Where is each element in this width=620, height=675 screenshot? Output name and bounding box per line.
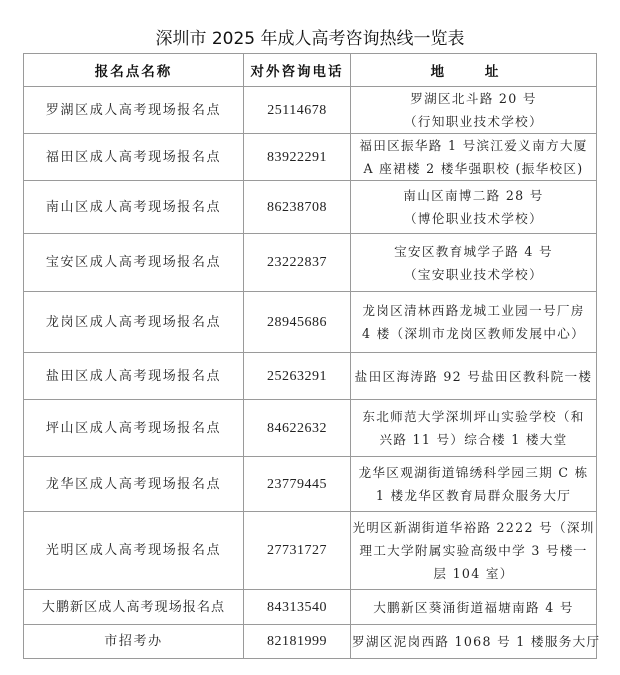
address-line: 层 104 室）: [352, 562, 595, 585]
address-line: 福田区振华路 1 号滨江爱义南方大厦: [352, 134, 595, 157]
consult-phone: 25263291: [244, 353, 351, 400]
address-line: 大鹏新区葵涌街道福塘南路 4 号: [352, 596, 595, 619]
registration-point-name: 福田区成人高考现场报名点: [24, 134, 244, 181]
address-line: 1 楼龙华区教育局群众服务大厅: [352, 484, 595, 507]
table-row: 罗湖区成人高考现场报名点25114678罗湖区北斗路 20 号（行知职业技术学校…: [24, 87, 597, 134]
header-name: 报名点名称: [24, 54, 244, 87]
consult-phone: 25114678: [244, 87, 351, 134]
address-line: 龙华区观湖街道锦绣科学园三期 C 栋: [352, 461, 595, 484]
address-line: （博伦职业技术学校）: [352, 207, 595, 230]
address-line: 理工大学附属实验高级中学 3 号楼一: [352, 539, 595, 562]
registration-point-name: 坪山区成人高考现场报名点: [24, 400, 244, 457]
consult-phone: 23779445: [244, 457, 351, 512]
address-line: 4 楼（深圳市龙岗区教师发展中心）: [352, 322, 595, 345]
address-line: 宝安区教育城学子路 4 号: [352, 240, 595, 263]
address-cell: 罗湖区泥岗西路 1068 号 1 楼服务大厅: [351, 625, 597, 659]
address-line: 罗湖区北斗路 20 号: [352, 87, 595, 110]
registration-point-name: 光明区成人高考现场报名点: [24, 512, 244, 590]
header-phone: 对外咨询电话: [244, 54, 351, 87]
registration-point-name: 罗湖区成人高考现场报名点: [24, 87, 244, 134]
address-line: 南山区南博二路 28 号: [352, 184, 595, 207]
address-cell: 光明区新湖街道华裕路 2222 号（深圳理工大学附属实验高级中学 3 号楼一层 …: [351, 512, 597, 590]
address-cell: 龙岗区清林西路龙城工业园一号厂房4 楼（深圳市龙岗区教师发展中心）: [351, 292, 597, 353]
registration-point-name: 大鹏新区成人高考现场报名点: [24, 590, 244, 625]
table-row: 福田区成人高考现场报名点83922291福田区振华路 1 号滨江爱义南方大厦A …: [24, 134, 597, 181]
registration-point-name: 南山区成人高考现场报名点: [24, 181, 244, 234]
table-row: 宝安区成人高考现场报名点23222837宝安区教育城学子路 4 号（宝安职业技术…: [24, 234, 597, 292]
address-line: 盐田区海涛路 92 号盐田区教科院一楼: [352, 365, 595, 388]
address-cell: 龙华区观湖街道锦绣科学园三期 C 栋1 楼龙华区教育局群众服务大厅: [351, 457, 597, 512]
consult-phone: 83922291: [244, 134, 351, 181]
registration-point-name: 宝安区成人高考现场报名点: [24, 234, 244, 292]
table-header-row: 报名点名称 对外咨询电话 地 址: [24, 54, 597, 87]
address-cell: 东北师范大学深圳坪山实验学校（和兴路 11 号）综合楼 1 楼大堂: [351, 400, 597, 457]
address-cell: 大鹏新区葵涌街道福塘南路 4 号: [351, 590, 597, 625]
consult-phone: 28945686: [244, 292, 351, 353]
table-row: 市招考办82181999罗湖区泥岗西路 1068 号 1 楼服务大厅: [24, 625, 597, 659]
address-line: 兴路 11 号）综合楼 1 楼大堂: [352, 428, 595, 451]
table-row: 坪山区成人高考现场报名点84622632东北师范大学深圳坪山实验学校（和兴路 1…: [24, 400, 597, 457]
address-cell: 罗湖区北斗路 20 号（行知职业技术学校）: [351, 87, 597, 134]
address-line: 罗湖区泥岗西路 1068 号 1 楼服务大厅: [352, 630, 595, 653]
address-cell: 福田区振华路 1 号滨江爱义南方大厦A 座裙楼 2 楼华强职校 (振华校区): [351, 134, 597, 181]
table-row: 大鹏新区成人高考现场报名点84313540大鹏新区葵涌街道福塘南路 4 号: [24, 590, 597, 625]
registration-point-name: 市招考办: [24, 625, 244, 659]
consult-phone: 27731727: [244, 512, 351, 590]
address-line: （行知职业技术学校）: [352, 110, 595, 133]
address-cell: 盐田区海涛路 92 号盐田区教科院一楼: [351, 353, 597, 400]
table-row: 龙岗区成人高考现场报名点28945686龙岗区清林西路龙城工业园一号厂房4 楼（…: [24, 292, 597, 353]
address-line: 东北师范大学深圳坪山实验学校（和: [352, 405, 595, 428]
header-address: 地 址: [351, 54, 597, 87]
table-row: 光明区成人高考现场报名点27731727光明区新湖街道华裕路 2222 号（深圳…: [24, 512, 597, 590]
address-line: 龙岗区清林西路龙城工业园一号厂房: [352, 299, 595, 322]
address-cell: 宝安区教育城学子路 4 号（宝安职业技术学校）: [351, 234, 597, 292]
consult-phone: 86238708: [244, 181, 351, 234]
address-line: （宝安职业技术学校）: [352, 263, 595, 286]
hotline-table: 报名点名称 对外咨询电话 地 址 罗湖区成人高考现场报名点25114678罗湖区…: [23, 53, 597, 659]
address-cell: 南山区南博二路 28 号（博伦职业技术学校）: [351, 181, 597, 234]
consult-phone: 84313540: [244, 590, 351, 625]
table-row: 龙华区成人高考现场报名点23779445龙华区观湖街道锦绣科学园三期 C 栋1 …: [24, 457, 597, 512]
table-body: 罗湖区成人高考现场报名点25114678罗湖区北斗路 20 号（行知职业技术学校…: [24, 87, 597, 659]
consult-phone: 82181999: [244, 625, 351, 659]
address-line: A 座裙楼 2 楼华强职校 (振华校区): [352, 157, 595, 180]
consult-phone: 23222837: [244, 234, 351, 292]
address-line: 光明区新湖街道华裕路 2222 号（深圳: [352, 516, 595, 539]
table-row: 盐田区成人高考现场报名点25263291盐田区海涛路 92 号盐田区教科院一楼: [24, 353, 597, 400]
registration-point-name: 龙岗区成人高考现场报名点: [24, 292, 244, 353]
document-title: 深圳市 2025 年成人高考咨询热线一览表: [0, 24, 620, 49]
registration-point-name: 龙华区成人高考现场报名点: [24, 457, 244, 512]
consult-phone: 84622632: [244, 400, 351, 457]
table-row: 南山区成人高考现场报名点86238708南山区南博二路 28 号（博伦职业技术学…: [24, 181, 597, 234]
registration-point-name: 盐田区成人高考现场报名点: [24, 353, 244, 400]
